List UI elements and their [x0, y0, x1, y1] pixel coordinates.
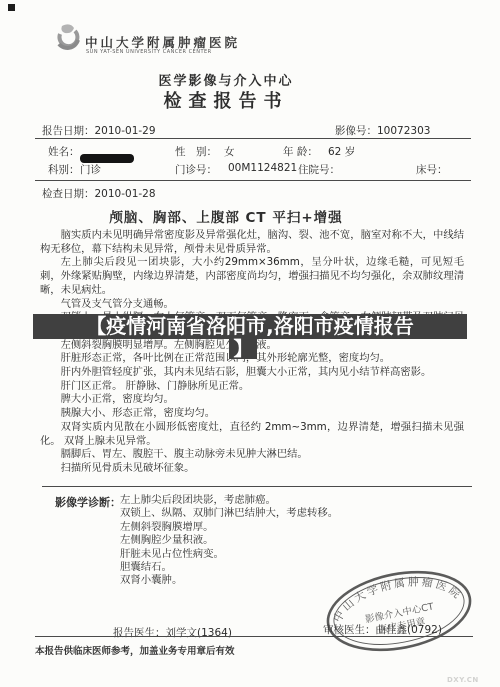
- patient-name-label: 姓名：: [48, 144, 80, 159]
- scan-artifact: [8, 4, 15, 11]
- overlay-watermark-line1: 【疫情河南省洛阳市,洛阳市疫情报告: [33, 314, 467, 339]
- diagnosis-item: 左侧斜裂胸膜增厚。: [120, 521, 440, 534]
- divider-line: [35, 180, 471, 181]
- report-page: 中山大学附属肿瘤医院 SUN YAT-SEN UNIVERSITY CANCER…: [0, 0, 500, 687]
- report-title: 检查报告书: [0, 87, 452, 113]
- image-no-value: 10072303: [377, 125, 430, 137]
- diagnosis-label: 影像学诊断：: [55, 494, 121, 510]
- finding-paragraph: 膈脚后、胃左、腹腔干、腹主动脉旁未见肿大淋巴结。: [40, 448, 464, 462]
- image-no-label: 影像号：: [335, 125, 377, 137]
- finding-paragraph: 脑实质内未见明确异常密度影及异常强化灶，脑沟、裂、池不宽，脑室对称不大，中线结构…: [40, 229, 464, 256]
- image-no: 影像号：10072303: [335, 123, 430, 138]
- gender-value: 女: [224, 144, 235, 159]
- age-label: 年 龄：: [283, 144, 318, 159]
- diagnosis-item: 肝脏未见占位性病变。: [120, 548, 440, 561]
- divider-line: [35, 636, 473, 637]
- exam-date-row: 检查日期：2010-01-28: [42, 186, 156, 201]
- site-mark: DXY.CN: [447, 676, 479, 684]
- report-date-row: 报告日期：2010-01-29: [42, 123, 156, 138]
- dept-value: 门诊: [80, 162, 101, 177]
- divider-line: [35, 138, 471, 139]
- hospital-stamp: 中山大学附属肿瘤医院 影像介入中心CT 医疗专用章: [321, 568, 477, 654]
- report-date-label: 报告日期：: [42, 125, 95, 137]
- finding-paragraph: 左上肺尖后段见一团块影，大小约29mm×36mm，呈分叶状，边缘毛糙，可见短毛刺…: [40, 256, 464, 297]
- overlay-watermark-line2: 】: [229, 339, 257, 359]
- divider-line: [42, 486, 472, 487]
- hospital-name-en: SUN YAT-SEN UNIVERSITY CANCER CENTER: [86, 49, 212, 55]
- outpatient-no-value: 00M1124821: [228, 162, 297, 174]
- diagnosis-item: 左侧胸腔少量积液。: [120, 534, 440, 547]
- exam-date-value: 2010-01-28: [95, 188, 156, 200]
- outpatient-no-label: 门诊号：: [175, 162, 217, 177]
- diagnosis-item: 双锁上、纵隔、双肺门淋巴结肿大，考虑转移。: [120, 507, 440, 520]
- finding-paragraph: 肝内外胆管轻度扩张，其内未见结石影，胆囊大小正常，其内见小结节样高密影。: [40, 366, 464, 380]
- exam-title: 颅脑、胸部、上腹部 CT 平扫+增强: [0, 206, 452, 226]
- report-date-value: 2010-01-29: [95, 125, 156, 137]
- report-doctor-label: 报告医生：: [113, 627, 166, 639]
- gender-label: 性 别：: [175, 144, 217, 159]
- diagnosis-item: 左上肺尖后段团块影，考虑肺癌。: [120, 494, 440, 507]
- report-doctor-name: 刘学文(1364): [166, 627, 232, 639]
- finding-paragraph: 扫描所见骨质未见破坏征象。: [40, 462, 464, 476]
- bed-no-label: 床号：: [416, 162, 448, 177]
- finding-paragraph: 气管及支气管分支通畅。: [40, 298, 464, 312]
- age-value: 62 岁: [328, 144, 355, 159]
- exam-date-label: 检查日期：: [42, 188, 95, 200]
- footer-note: 本报告供临床医师参考，加盖业务专用章后有效: [35, 643, 235, 657]
- report-doctor: 报告医生：刘学文(1364): [113, 625, 232, 640]
- finding-paragraph: 双肾实质内见散在小圆形低密度灶，直径约 2mm~3mm，边界清楚，增强扫描未见强…: [40, 421, 464, 448]
- finding-paragraph: 脾大小正常，密度均匀。: [40, 393, 464, 407]
- hospital-logo: [50, 22, 84, 62]
- inpatient-no-label: 住院号：: [298, 162, 340, 177]
- dept-label: 科别：: [48, 162, 80, 177]
- finding-paragraph: 胰腺大小、形态正常，密度均匀。: [40, 407, 464, 421]
- finding-paragraph: 肝门区正常。 肝静脉、门静脉所见正常。: [40, 380, 464, 394]
